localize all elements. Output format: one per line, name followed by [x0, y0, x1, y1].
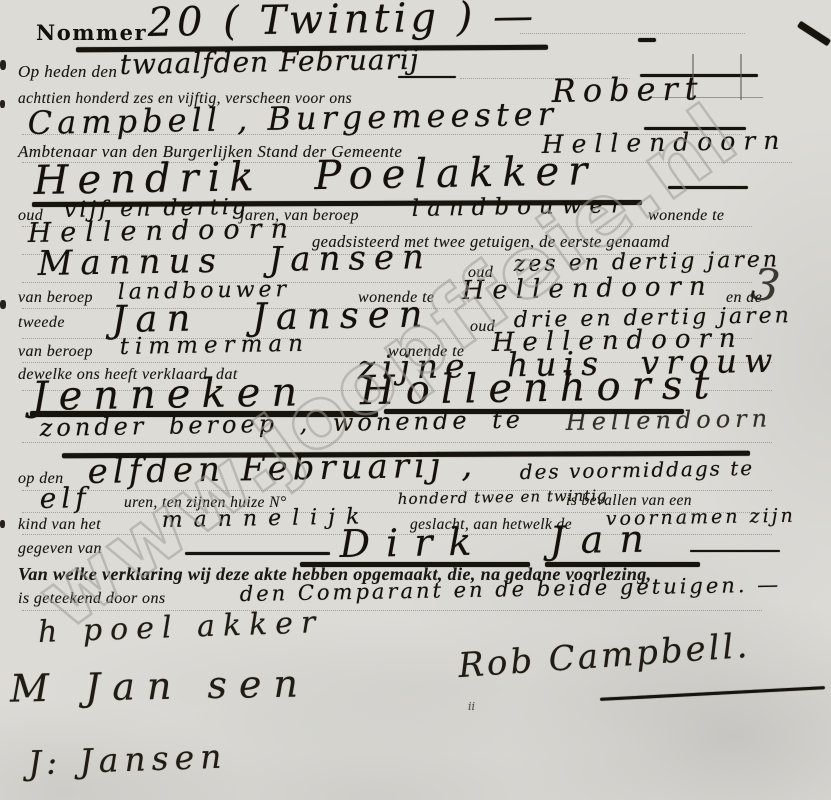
ink-dash [690, 550, 780, 552]
signature-witness1: M Jan sen [10, 661, 311, 710]
form-number-label: Nommer [36, 20, 147, 45]
hand-witness1-residence: Hellendoorn [461, 272, 713, 306]
hand-time-of-day: des voormiddags te [520, 456, 755, 484]
printed-tweede: tweede [18, 314, 65, 332]
printed-kind-van-het: kind van het [18, 516, 101, 534]
signature-father: h poel akker [37, 605, 323, 650]
printed-closing-2: is geteekend door ons [18, 590, 165, 608]
act-number-value: 20 ( Twintig ) — [147, 0, 537, 46]
printed-gegeven-van: gegeven van [18, 540, 102, 558]
ink-dash [398, 76, 456, 78]
pencil-mark [740, 54, 742, 100]
ink-dash [185, 552, 330, 555]
hand-mother-residence: Hellendoorn [566, 404, 773, 436]
hand-registrar-firstname: Robert [551, 69, 705, 110]
rule-line [22, 442, 772, 443]
rule-line [520, 33, 745, 34]
printed-opening: Op heden den [18, 62, 117, 82]
hand-child-names: Dirk Jan [339, 516, 660, 566]
document-scan: Nommer 20 ( Twintig ) — Op heden den twa… [0, 0, 831, 800]
ink-dash [668, 186, 748, 189]
hand-father-occupation: landbouwer [412, 192, 631, 222]
hand-birth-hour: elf [39, 481, 90, 515]
ink-dash [638, 38, 656, 42]
printed-beroep-3: van beroep [18, 343, 93, 361]
signature-underline-swash [600, 686, 825, 701]
printed-beroep-2: van beroep [18, 289, 93, 307]
printed-wonende-te: wonende te [648, 207, 724, 225]
corner-ink-mark [797, 21, 831, 46]
hand-witness2-occupation: timmerman [120, 331, 310, 360]
edge-speck [0, 520, 5, 528]
stray-ink-mark: ii [468, 700, 475, 713]
edge-speck [0, 300, 6, 309]
signature-witness2: J: Jansen [27, 737, 228, 783]
edge-speck [0, 60, 6, 70]
hand-date-registered: twaalfden Februarij [119, 43, 419, 81]
hand-birth-date: elfden Februarij , [87, 445, 477, 492]
signature-mayor: Rob Campbell. [457, 626, 751, 686]
edge-speck [0, 100, 5, 108]
